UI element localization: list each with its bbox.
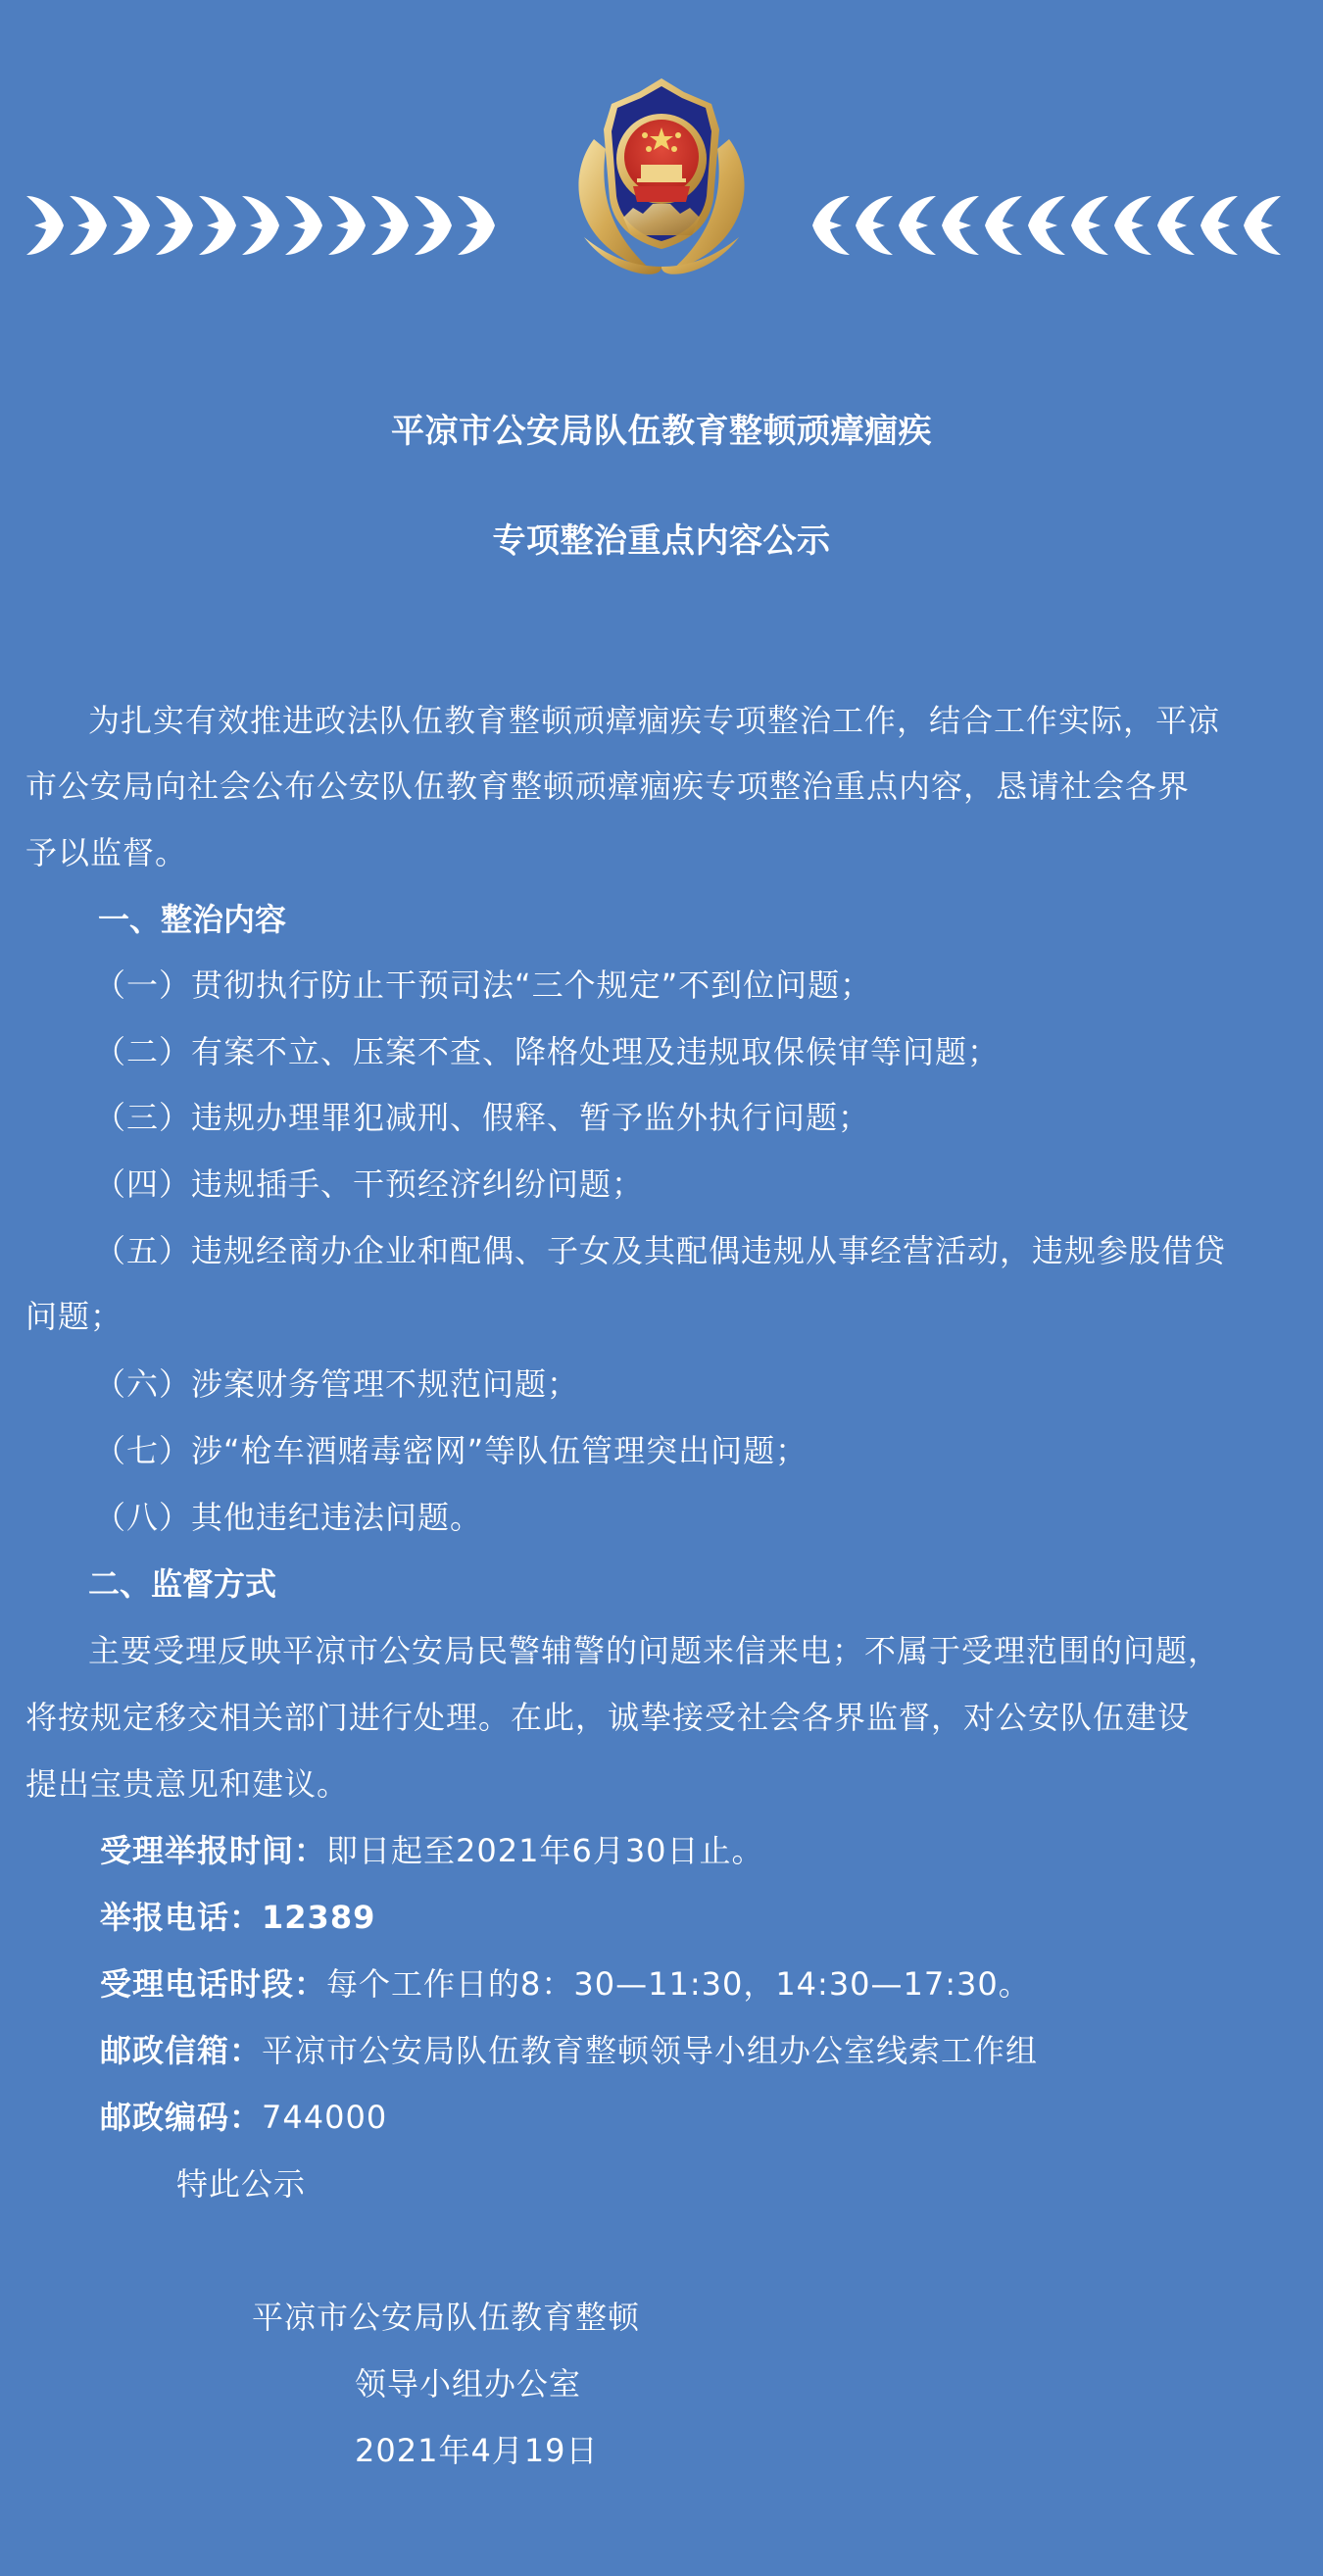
chevron-right-icon bbox=[111, 194, 154, 257]
phone-hours-label: 受理电话时段： bbox=[100, 1965, 326, 2003]
chevron-left-icon bbox=[897, 194, 940, 257]
chevron-right-icon bbox=[197, 194, 240, 257]
chevron-right-icon bbox=[369, 194, 413, 257]
section-heading-rectification: 一、整治内容 bbox=[98, 900, 286, 939]
chevron-right-icon bbox=[240, 194, 283, 257]
phone-hours-row: 受理电话时段：每个工作日的8：30—11:30，14:30—17:30。 bbox=[100, 1964, 1031, 2004]
supervision-line: 将按规定移交相关部门进行处理。在此，诚挚接受社会各界监督，对公安队伍建设 bbox=[25, 1698, 1190, 1737]
notice-title-line1: 平凉市公安局队伍教育整顿顽瘴痼疾 bbox=[0, 412, 1323, 451]
notice-title-line2: 专项整治重点内容公示 bbox=[0, 521, 1323, 561]
chevron-left-icon bbox=[1026, 194, 1069, 257]
chevron-left-icon bbox=[1155, 194, 1199, 257]
phone-hours-value: 每个工作日的8：30—11:30，14:30—17:30。 bbox=[326, 1965, 1031, 2003]
chevron-left-icon bbox=[1069, 194, 1112, 257]
signature-org-line1: 平凉市公安局队伍教育整顿 bbox=[252, 2298, 640, 2337]
rectification-item: （七）涉“枪车酒赌毒密网”等队伍管理突出问题； bbox=[94, 1431, 808, 1470]
chevron-right-icon bbox=[456, 194, 499, 257]
supervision-line: 主要受理反映平凉市公安局民警辅警的问题来信来电；不属于受理范围的问题， bbox=[88, 1631, 1220, 1670]
rectification-item: （一）贯彻执行防止干预司法“三个规定”不到位问题； bbox=[94, 966, 872, 1005]
closing-statement: 特此公示 bbox=[176, 2164, 306, 2204]
rectification-item: （六）涉案财务管理不规范问题； bbox=[94, 1364, 579, 1404]
postcode-value: 744000 bbox=[262, 2099, 387, 2136]
supervision-line: 提出宝贵意见和建议。 bbox=[25, 1764, 349, 1804]
mailbox-label: 邮政信箱： bbox=[100, 2032, 262, 2069]
mailbox-value: 平凉市公安局队伍教育整顿领导小组办公室线索工作组 bbox=[262, 2032, 1038, 2069]
chevron-right-icon bbox=[283, 194, 326, 257]
chevron-left-icon bbox=[1199, 194, 1242, 257]
hotline-number[interactable]: 12389 bbox=[262, 1899, 375, 1936]
report-time-value: 即日起至2021年6月30日止。 bbox=[326, 1832, 764, 1869]
report-time-label: 受理举报时间： bbox=[100, 1832, 326, 1869]
chevron-left-icon bbox=[1242, 194, 1285, 257]
rectification-item: （四）违规插手、干预经济纠纷问题； bbox=[94, 1164, 644, 1204]
intro-line: 市公安局向社会公布公安队伍教育整顿顽瘴痼疾专项整治重点内容，恳请社会各界 bbox=[25, 767, 1190, 806]
postcode-row: 邮政编码：744000 bbox=[100, 2098, 387, 2137]
chevron-right-icon bbox=[24, 194, 68, 257]
mailbox-row: 邮政信箱：平凉市公安局队伍教育整顿领导小组办公室线索工作组 bbox=[100, 2031, 1038, 2070]
postcode-label: 邮政编码： bbox=[100, 2099, 262, 2136]
section-heading-supervision: 二、监督方式 bbox=[88, 1564, 276, 1604]
intro-line: 为扎实有效推进政法队伍教育整顿顽瘴痼疾专项整治工作，结合工作实际，平凉 bbox=[88, 701, 1220, 740]
signature-org-line2: 领导小组办公室 bbox=[355, 2364, 581, 2403]
chevron-right-icon bbox=[154, 194, 197, 257]
chevron-left-icon bbox=[940, 194, 983, 257]
rectification-item: （二）有案不立、压案不查、降格处理及违规取保候审等问题； bbox=[94, 1032, 1000, 1071]
police-emblem-icon bbox=[555, 71, 768, 288]
chevron-left-icon bbox=[810, 194, 854, 257]
chevron-left-icon bbox=[854, 194, 897, 257]
chevron-right-icon bbox=[68, 194, 111, 257]
chevron-left-icon bbox=[983, 194, 1026, 257]
rectification-item: （五）违规经商办企业和配偶、子女及其配偶违规从事经营活动，违规参股借贷 bbox=[94, 1231, 1226, 1270]
hotline-label: 举报电话： bbox=[100, 1899, 262, 1936]
chevron-left-icon bbox=[1112, 194, 1155, 257]
chevron-right-icon bbox=[326, 194, 369, 257]
rectification-item: （八）其他违纪违法问题。 bbox=[94, 1498, 482, 1537]
left-chevron-ornament bbox=[24, 194, 499, 257]
rectification-item: （三）违规办理罪犯减刑、假释、暂予监外执行问题； bbox=[94, 1098, 870, 1137]
report-time-row: 受理举报时间：即日起至2021年6月30日止。 bbox=[100, 1831, 764, 1870]
right-chevron-ornament bbox=[810, 194, 1285, 257]
signature-date: 2021年4月19日 bbox=[355, 2431, 599, 2470]
hotline-row: 举报电话：12389 bbox=[100, 1898, 375, 1937]
rectification-item-continuation: 问题； bbox=[25, 1297, 122, 1336]
intro-line: 予以监督。 bbox=[25, 833, 187, 872]
chevron-right-icon bbox=[413, 194, 456, 257]
